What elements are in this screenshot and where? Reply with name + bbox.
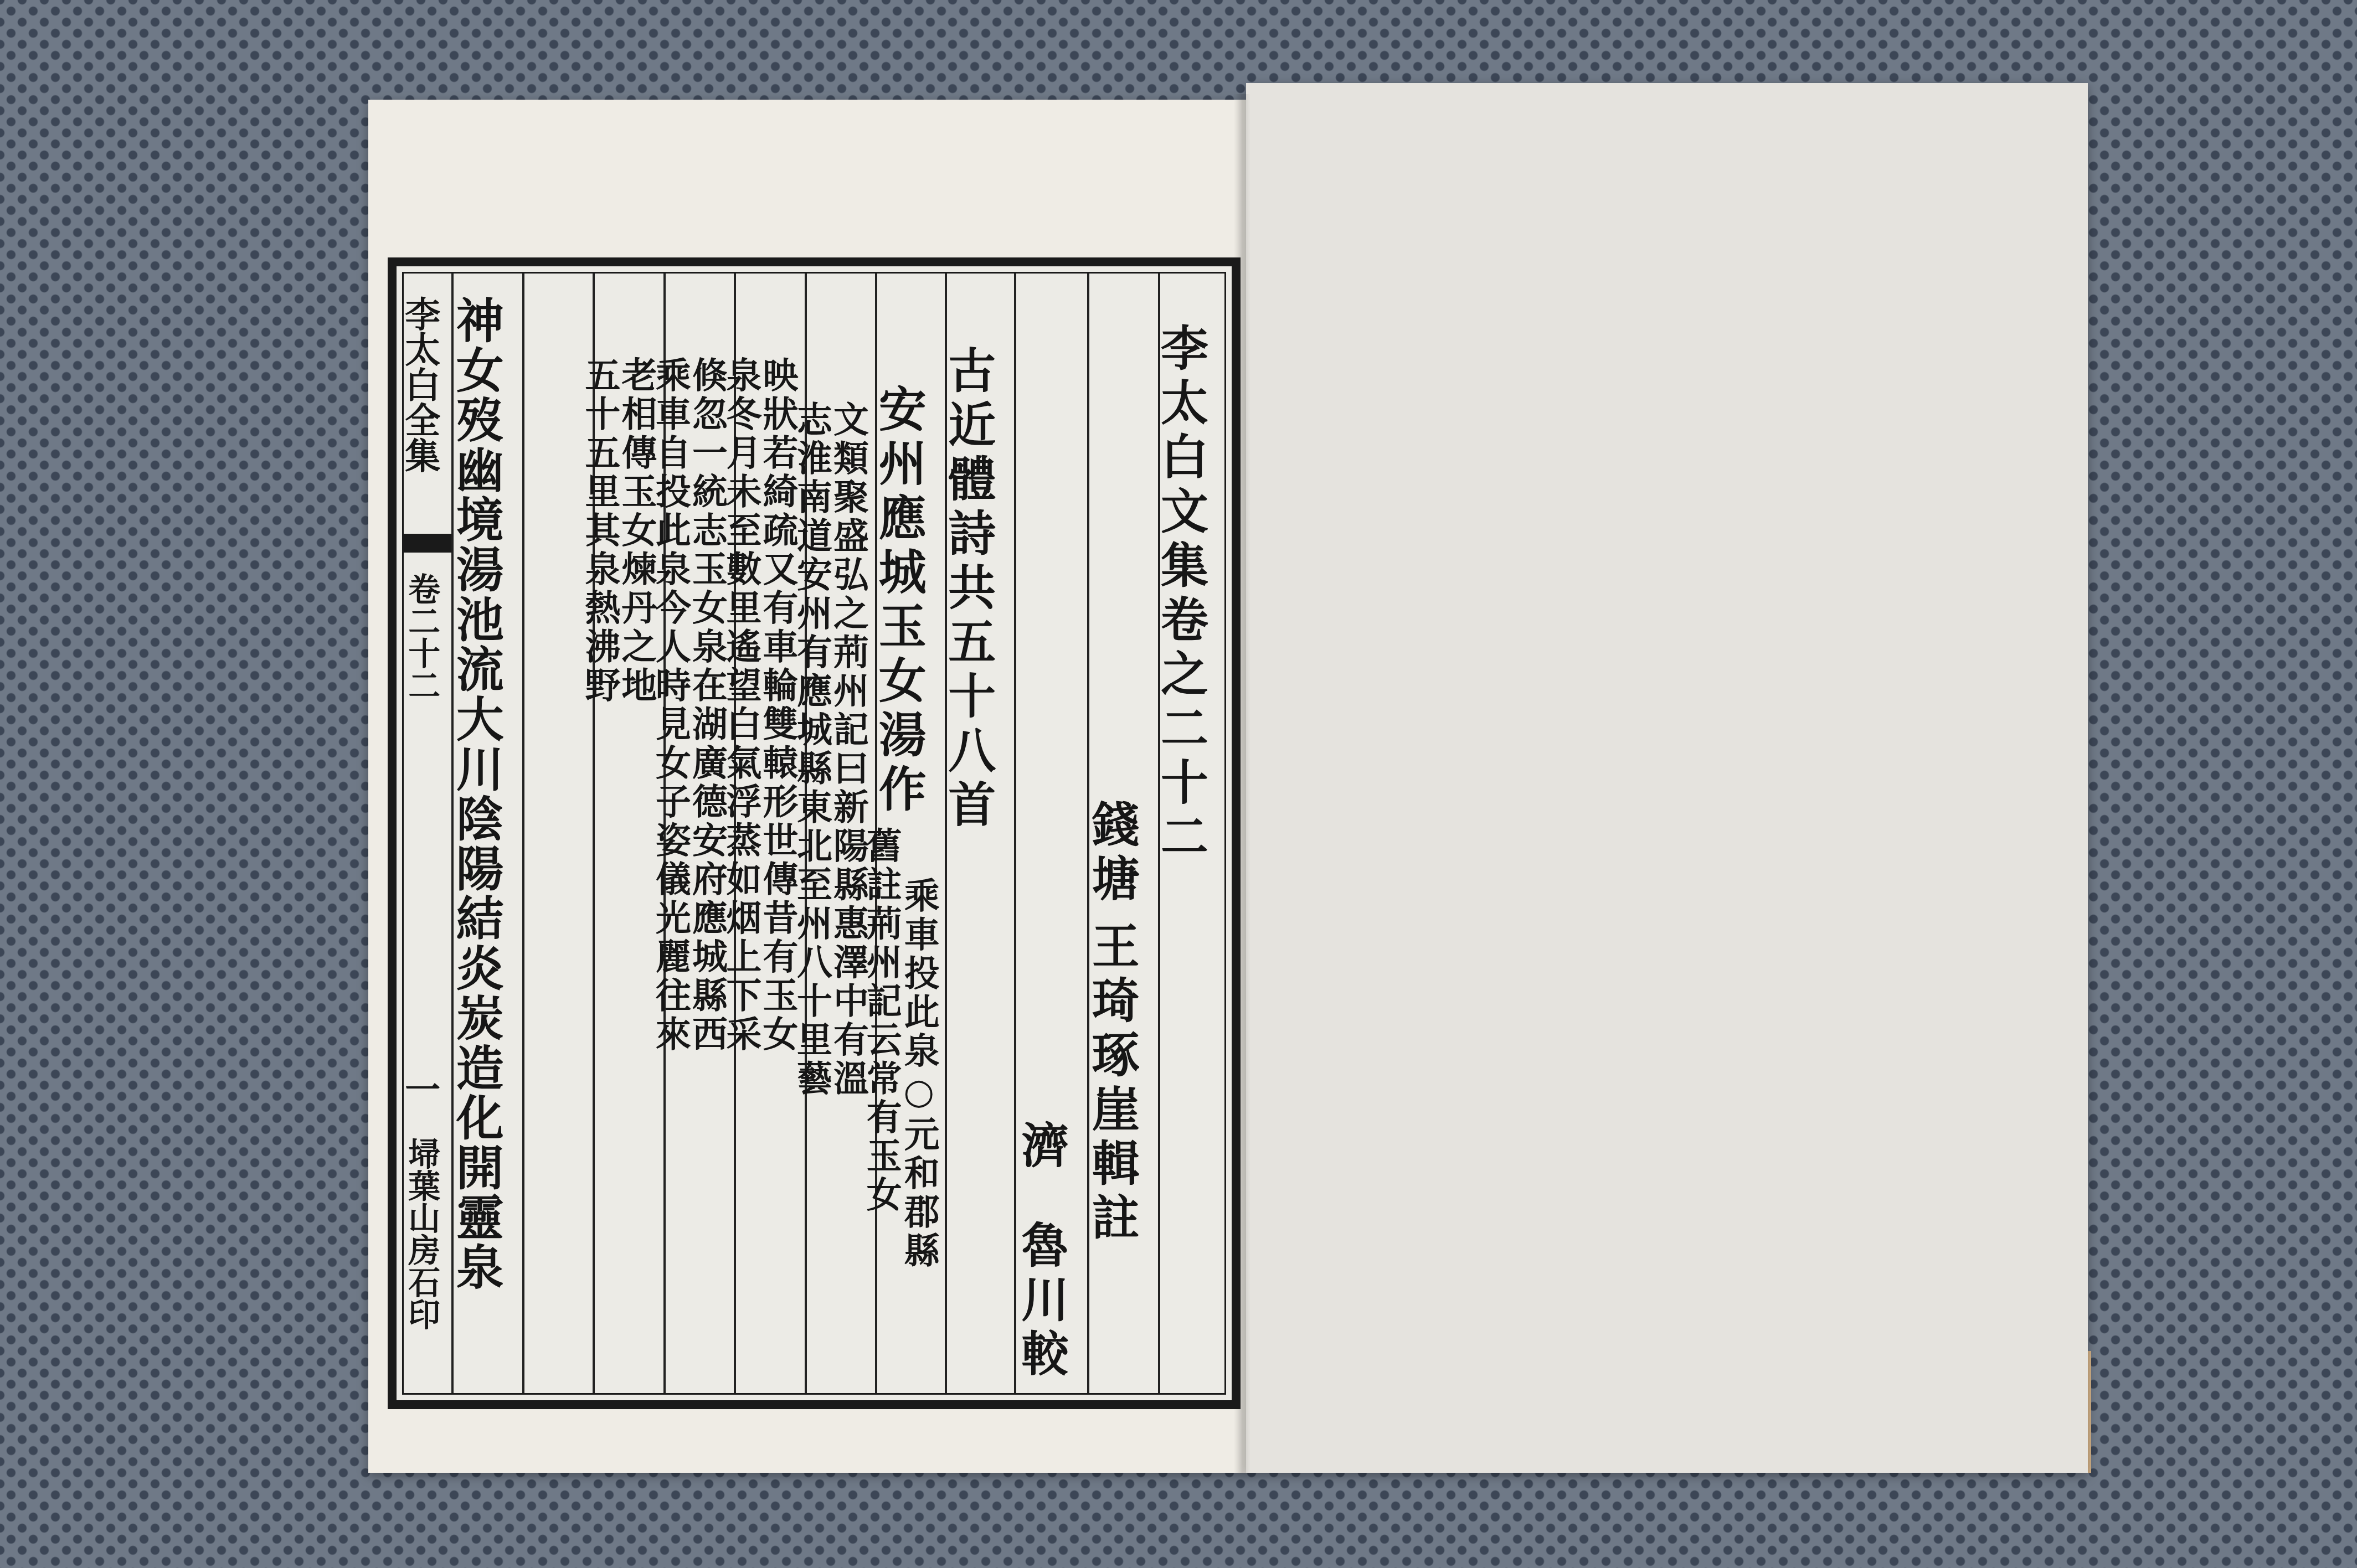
annotator-place: 錢塘 <box>1077 800 1146 908</box>
blank-column <box>522 274 593 1393</box>
note-left: 文類聚盛弘之荊州記曰新陽縣惠澤中有溫 <box>823 401 873 1098</box>
note-column-4: 五十五里其泉熱沸野 老相傳玉女煉丹之地 <box>593 274 663 1393</box>
note-left: 映狀若綺疏又有車輪雙轅形世傳昔有玉女 <box>753 357 802 1054</box>
poem-body-column: 神女歿幽境湯池流大川陰陽結炎炭造化開靈泉 <box>451 274 522 1393</box>
collator-place: 濟 <box>1006 1121 1075 1175</box>
note-left: 老相傳玉女煉丹之地 <box>611 357 661 705</box>
annotator-column: 錢塘 王琦琢崖輯註 <box>1087 274 1157 1393</box>
note-column-3: 乘車自投此泉今人時見女子姿儀光麗往來 倏忽一統志玉女泉在湖廣德安府應城縣西 <box>663 274 734 1393</box>
annotator-name: 王琦琢崖輯註 <box>1077 921 1146 1247</box>
volume-title-column: 李太白文集卷之二十二 <box>1158 274 1224 1393</box>
poem-body: 神女歿幽境湯池流大川陰陽結炎炭造化開靈泉 <box>441 296 510 1292</box>
right-page-blank <box>1246 83 2088 1473</box>
fish-tail-mark <box>404 534 451 553</box>
note-column-2: 泉冬月未至數里遙望白氣浮蒸如烟上下采 映狀若綺疏又有車輪雙轅形世傳昔有玉女 <box>734 274 804 1393</box>
note-column-1: 志淮南道安州有應城縣東北至州八十里藝 文類聚盛弘之荊州記曰新陽縣惠澤中有溫 <box>805 274 875 1393</box>
margin-strip: 李太白全集 卷二十二 一 埽葉山房石印 <box>404 274 451 1393</box>
margin-publisher: 埽葉山房石印 <box>398 1137 445 1330</box>
poem-title-note-left: 乘車投此泉○元和郡縣 <box>894 877 944 1271</box>
collator-column: 濟 魯川較 <box>1014 274 1087 1393</box>
note-left: 倏忽一統志玉女泉在湖廣德安府應城縣西 <box>682 357 732 1054</box>
collator-name: 魯川較 <box>1006 1220 1075 1383</box>
section-heading-column: 古近體詩共五十八首 <box>945 274 1015 1393</box>
margin-page-number: 一 <box>394 1071 445 1106</box>
poem-title-column: 安州應城玉女湯作 舊註荊州記云常有玉女 乘車投此泉○元和郡縣 <box>875 274 945 1393</box>
margin-volume: 卷二十二 <box>398 572 445 701</box>
printed-frame: 李太白文集卷之二十二 錢塘 王琦琢崖輯註 濟 魯川較 古近體詩共五十八首 安州應… <box>388 257 1241 1409</box>
margin-book-title: 李太白全集 <box>394 296 445 473</box>
